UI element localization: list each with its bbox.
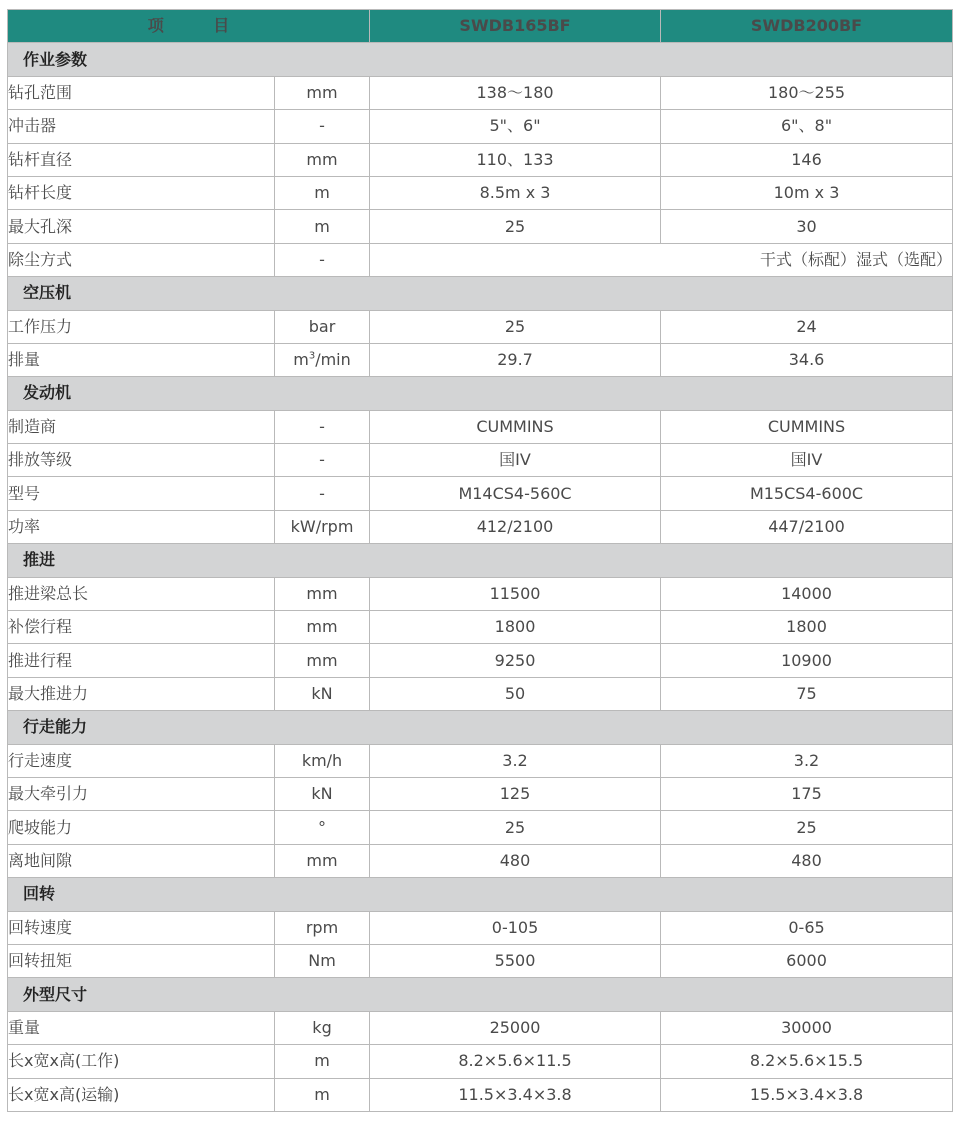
row-unit: m xyxy=(275,1045,370,1078)
row-label: 重量 xyxy=(8,1011,275,1044)
value-model-a: 110、133 xyxy=(370,143,661,176)
table-row: 型号 - M14CS4-560C M15CS4-600C xyxy=(8,477,953,510)
value-model-b: 15.5×3.4×3.8 xyxy=(661,1078,953,1111)
row-unit: kW/rpm xyxy=(275,510,370,543)
section-title: 空压机 xyxy=(8,277,953,310)
section-row: 外型尺寸 xyxy=(8,978,953,1011)
value-model-a: 9250 xyxy=(370,644,661,677)
value-model-a: CUMMINS xyxy=(370,410,661,443)
row-unit: kN xyxy=(275,677,370,710)
value-model-a: 1800 xyxy=(370,611,661,644)
table-row: 工作压力 bar 25 24 xyxy=(8,310,953,343)
value-model-a: 125 xyxy=(370,777,661,810)
value-model-a: 5"、6" xyxy=(370,110,661,143)
row-unit: mm xyxy=(275,577,370,610)
value-model-a: 25 xyxy=(370,811,661,844)
value-model-b: 6"、8" xyxy=(661,110,953,143)
section-title: 行走能力 xyxy=(8,711,953,744)
row-unit: mm xyxy=(275,611,370,644)
unit-base: m xyxy=(293,350,309,369)
table-row: 除尘方式 - 干式（标配）湿式（选配） xyxy=(8,243,953,276)
header-item: 项 目 xyxy=(8,10,370,43)
table-row: 行走速度 km/h 3.2 3.2 xyxy=(8,744,953,777)
section-row: 回转 xyxy=(8,878,953,911)
value-model-a: 25000 xyxy=(370,1011,661,1044)
row-label: 制造商 xyxy=(8,410,275,443)
row-label: 爬坡能力 xyxy=(8,811,275,844)
value-model-b: 10m x 3 xyxy=(661,176,953,209)
table-row: 爬坡能力 ° 25 25 xyxy=(8,811,953,844)
value-model-b: 24 xyxy=(661,310,953,343)
row-unit: rpm xyxy=(275,911,370,944)
value-both-models: 干式（标配）湿式（选配） xyxy=(370,243,953,276)
value-model-b: 447/2100 xyxy=(661,510,953,543)
table-row: 冲击器 - 5"、6" 6"、8" xyxy=(8,110,953,143)
row-label: 最大孔深 xyxy=(8,210,275,243)
row-unit: Nm xyxy=(275,944,370,977)
value-model-a: 8.5m x 3 xyxy=(370,176,661,209)
value-model-a: M14CS4-560C xyxy=(370,477,661,510)
value-model-a: 138～180 xyxy=(370,76,661,109)
row-unit: mm xyxy=(275,76,370,109)
value-model-a: 25 xyxy=(370,310,661,343)
value-model-b: 25 xyxy=(661,811,953,844)
table-row: 推进梁总长 mm 11500 14000 xyxy=(8,577,953,610)
row-label: 最大推进力 xyxy=(8,677,275,710)
row-label: 补偿行程 xyxy=(8,611,275,644)
value-model-a: 5500 xyxy=(370,944,661,977)
table-row: 重量 kg 25000 30000 xyxy=(8,1011,953,1044)
row-label: 回转扭矩 xyxy=(8,944,275,977)
row-label: 长x宽x高(工作) xyxy=(8,1045,275,1078)
table-row: 钻孔范围 mm 138～180 180～255 xyxy=(8,76,953,109)
value-model-b: 480 xyxy=(661,844,953,877)
value-model-b: 30000 xyxy=(661,1011,953,1044)
table-row: 最大孔深 m 25 30 xyxy=(8,210,953,243)
row-unit: - xyxy=(275,110,370,143)
row-unit: kN xyxy=(275,777,370,810)
row-unit: - xyxy=(275,243,370,276)
row-unit: - xyxy=(275,477,370,510)
table-row: 回转速度 rpm 0-105 0-65 xyxy=(8,911,953,944)
value-model-a: 412/2100 xyxy=(370,510,661,543)
value-model-a: 3.2 xyxy=(370,744,661,777)
table-row: 长x宽x高(工作) m 8.2×5.6×11.5 8.2×5.6×15.5 xyxy=(8,1045,953,1078)
row-unit: m xyxy=(275,1078,370,1111)
section-title: 推进 xyxy=(8,544,953,577)
table-row: 推进行程 mm 9250 10900 xyxy=(8,644,953,677)
table-row: 功率 kW/rpm 412/2100 447/2100 xyxy=(8,510,953,543)
section-row: 空压机 xyxy=(8,277,953,310)
value-model-b: 0-65 xyxy=(661,911,953,944)
table-row: 长x宽x高(运输) m 11.5×3.4×3.8 15.5×3.4×3.8 xyxy=(8,1078,953,1111)
row-label: 钻孔范围 xyxy=(8,76,275,109)
table-row: 钻杆长度 m 8.5m x 3 10m x 3 xyxy=(8,176,953,209)
value-model-b: 14000 xyxy=(661,577,953,610)
row-label: 型号 xyxy=(8,477,275,510)
value-model-b: 6000 xyxy=(661,944,953,977)
value-model-b: 75 xyxy=(661,677,953,710)
table-row: 钻杆直径 mm 110、133 146 xyxy=(8,143,953,176)
row-label: 回转速度 xyxy=(8,911,275,944)
value-model-a: 国IV xyxy=(370,444,661,477)
section-title: 发动机 xyxy=(8,377,953,410)
table-row: 最大牵引力 kN 125 175 xyxy=(8,777,953,810)
table-row: 最大推进力 kN 50 75 xyxy=(8,677,953,710)
table-row: 排量 m3/min 29.7 34.6 xyxy=(8,343,953,376)
value-model-b: 30 xyxy=(661,210,953,243)
value-model-b: 10900 xyxy=(661,644,953,677)
row-unit: m xyxy=(275,176,370,209)
row-unit: mm xyxy=(275,644,370,677)
table-row: 排放等级 - 国IV 国IV xyxy=(8,444,953,477)
table-header-row: 项 目 SWDB165BF SWDB200BF xyxy=(8,10,953,43)
section-title: 回转 xyxy=(8,878,953,911)
value-model-b: 146 xyxy=(661,143,953,176)
table-row: 制造商 - CUMMINS CUMMINS xyxy=(8,410,953,443)
header-model-b: SWDB200BF xyxy=(661,10,953,43)
row-label: 行走速度 xyxy=(8,744,275,777)
value-model-b: 34.6 xyxy=(661,343,953,376)
table-row: 回转扭矩 Nm 5500 6000 xyxy=(8,944,953,977)
row-label: 排放等级 xyxy=(8,444,275,477)
row-label: 功率 xyxy=(8,510,275,543)
row-label: 最大牵引力 xyxy=(8,777,275,810)
value-model-b: 1800 xyxy=(661,611,953,644)
value-model-a: 0-105 xyxy=(370,911,661,944)
row-label: 推进梁总长 xyxy=(8,577,275,610)
row-label: 长x宽x高(运输) xyxy=(8,1078,275,1111)
section-row: 作业参数 xyxy=(8,43,953,76)
value-model-b: 180～255 xyxy=(661,76,953,109)
row-unit: km/h xyxy=(275,744,370,777)
row-label: 推进行程 xyxy=(8,644,275,677)
row-unit: m3/min xyxy=(275,343,370,376)
value-model-b: 国IV xyxy=(661,444,953,477)
section-row: 发动机 xyxy=(8,377,953,410)
section-title: 作业参数 xyxy=(8,43,953,76)
section-row: 行走能力 xyxy=(8,711,953,744)
value-model-b: CUMMINS xyxy=(661,410,953,443)
spec-table: 项 目 SWDB165BF SWDB200BF 作业参数 钻孔范围 mm 138… xyxy=(7,9,953,1112)
value-model-a: 8.2×5.6×11.5 xyxy=(370,1045,661,1078)
row-unit: - xyxy=(275,444,370,477)
row-label: 钻杆直径 xyxy=(8,143,275,176)
value-model-a: 11500 xyxy=(370,577,661,610)
section-row: 推进 xyxy=(8,544,953,577)
row-label: 钻杆长度 xyxy=(8,176,275,209)
section-title: 外型尺寸 xyxy=(8,978,953,1011)
row-unit: m xyxy=(275,210,370,243)
row-label: 排量 xyxy=(8,343,275,376)
value-model-a: 480 xyxy=(370,844,661,877)
table-row: 补偿行程 mm 1800 1800 xyxy=(8,611,953,644)
row-unit: mm xyxy=(275,844,370,877)
value-model-a: 50 xyxy=(370,677,661,710)
value-model-b: M15CS4-600C xyxy=(661,477,953,510)
row-label: 工作压力 xyxy=(8,310,275,343)
table-row: 离地间隙 mm 480 480 xyxy=(8,844,953,877)
value-model-a: 11.5×3.4×3.8 xyxy=(370,1078,661,1111)
row-label: 冲击器 xyxy=(8,110,275,143)
value-model-a: 29.7 xyxy=(370,343,661,376)
row-unit: ° xyxy=(275,811,370,844)
row-label: 离地间隙 xyxy=(8,844,275,877)
value-model-a: 25 xyxy=(370,210,661,243)
row-unit: bar xyxy=(275,310,370,343)
row-unit: - xyxy=(275,410,370,443)
value-model-b: 3.2 xyxy=(661,744,953,777)
value-model-b: 175 xyxy=(661,777,953,810)
row-label: 除尘方式 xyxy=(8,243,275,276)
value-model-b: 8.2×5.6×15.5 xyxy=(661,1045,953,1078)
row-unit: mm xyxy=(275,143,370,176)
row-unit: kg xyxy=(275,1011,370,1044)
header-model-a: SWDB165BF xyxy=(370,10,661,43)
unit-rest: /min xyxy=(315,350,351,369)
